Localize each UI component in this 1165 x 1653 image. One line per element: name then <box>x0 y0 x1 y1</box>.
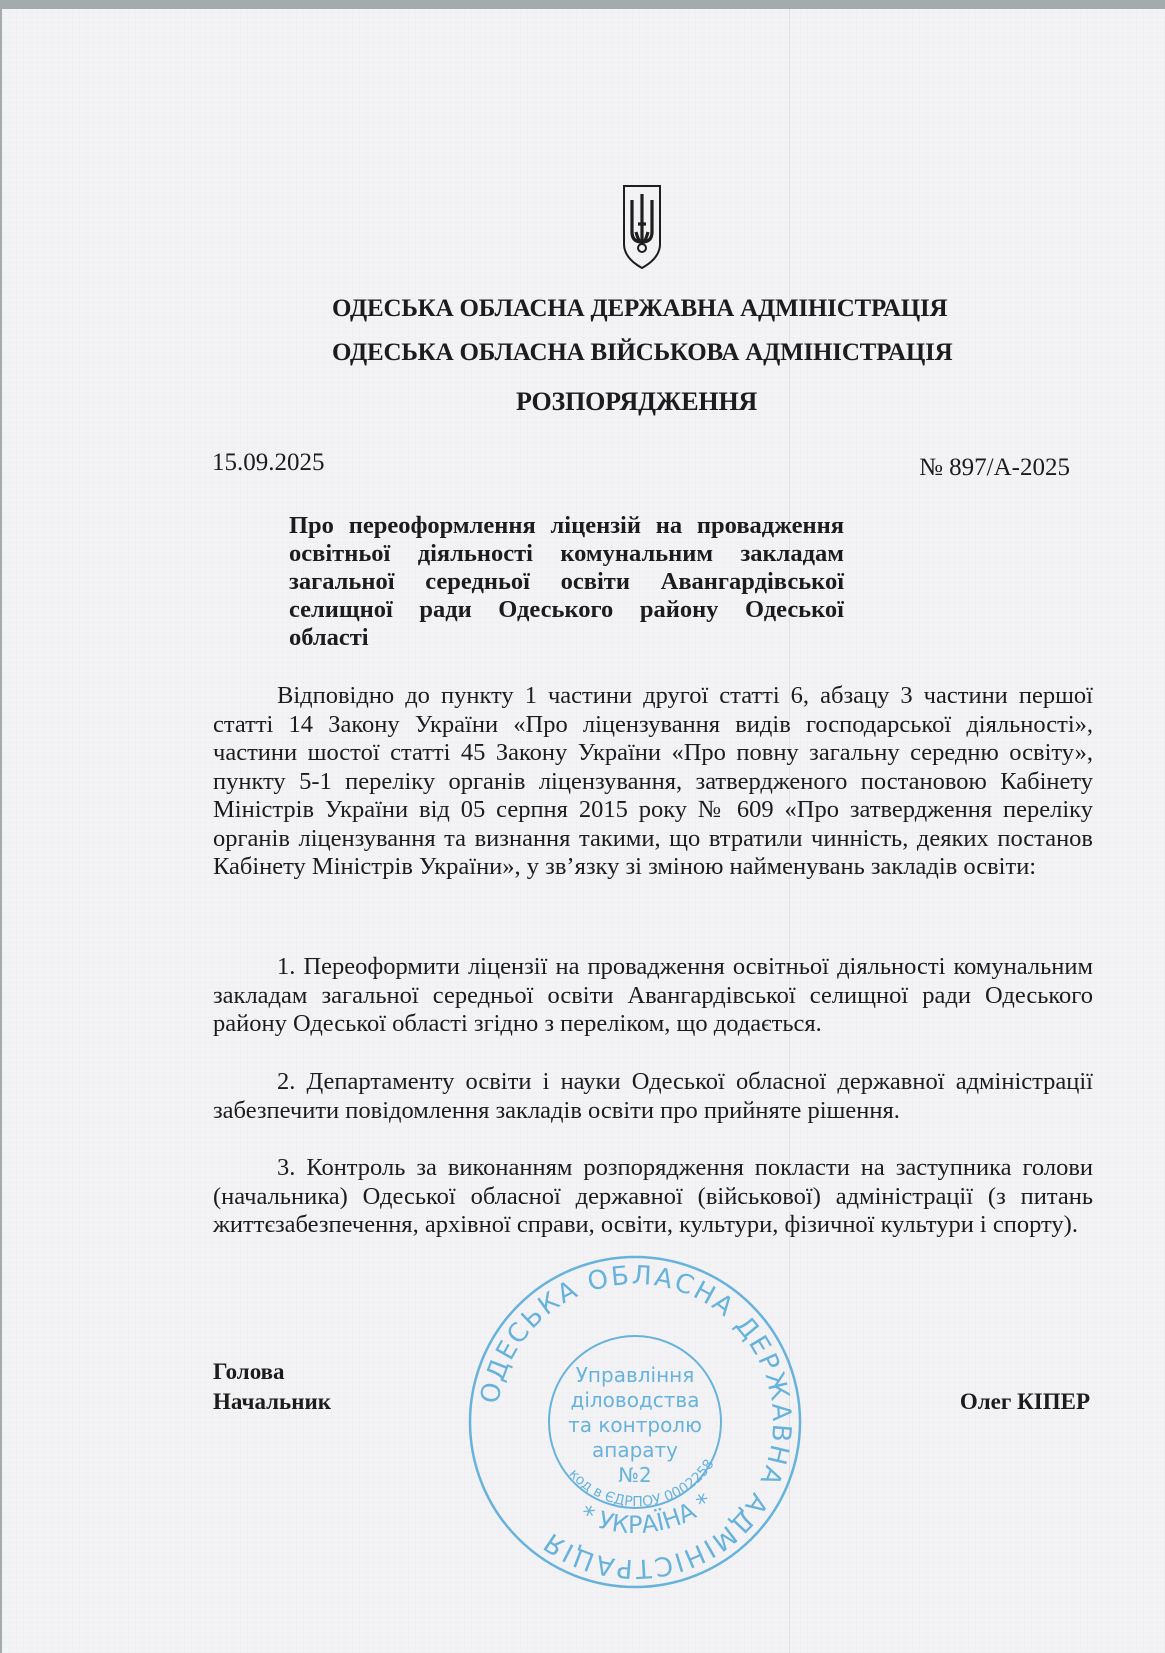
stamp-inner-line2: діловодства <box>571 1388 700 1412</box>
preamble-section: Відповідно до пункту 1 частини другої ст… <box>213 682 1093 882</box>
header-state-administration: ОДЕСЬКА ОБЛАСНА ДЕРЖАВНА АДМІНІСТРАЦІЯ <box>332 295 972 323</box>
signatory-name: Олег КІПЕР <box>960 1389 1090 1415</box>
clause-text: 3. Контроль за виконанням розпорядження … <box>213 1154 1093 1240</box>
document-subject: Про переоформлення ліцензій на проваджен… <box>289 512 844 652</box>
clause-2: 2. Департаменту освіти і науки Одеської … <box>213 1068 1093 1125</box>
stamp-inner-line5: №2 <box>618 1463 652 1487</box>
clause-1: 1. Переоформити ліцензії на провадження … <box>213 953 1093 1039</box>
clause-text: 1. Переоформити ліцензії на провадження … <box>213 953 1093 1039</box>
header-military-administration: ОДЕСЬКА ОБЛАСНА ВІЙСЬКОВА АДМІНІСТРАЦІЯ <box>332 339 972 367</box>
clause-3: 3. Контроль за виконанням розпорядження … <box>213 1154 1093 1240</box>
stamp-inner-line3: та контролю <box>568 1413 702 1437</box>
document-type-title: РОЗПОРЯДЖЕННЯ <box>516 387 816 417</box>
ukraine-trident-emblem-icon <box>622 184 662 270</box>
signatory-title-line1: Голова <box>213 1357 331 1387</box>
preamble-paragraph: Відповідно до пункту 1 частини другої ст… <box>213 682 1093 882</box>
document-number: № 897/А-2025 <box>919 454 1070 482</box>
official-seal-stamp-icon: ОДЕСЬКА ОБЛАСНА ДЕРЖАВНА АДМІНІСТРАЦІЯ *… <box>460 1247 810 1597</box>
document-page: ОДЕСЬКА ОБЛАСНА ДЕРЖАВНА АДМІНІСТРАЦІЯ О… <box>2 9 1165 1653</box>
signatory-title: Голова Начальник <box>213 1357 331 1417</box>
clause-text: 2. Департаменту освіти і науки Одеської … <box>213 1068 1093 1125</box>
document-date: 15.09.2025 <box>212 449 325 477</box>
signatory-title-line2: Начальник <box>213 1387 331 1417</box>
stamp-inner-line4: апарату <box>592 1438 678 1462</box>
stamp-inner-line1: Управління <box>576 1363 695 1387</box>
